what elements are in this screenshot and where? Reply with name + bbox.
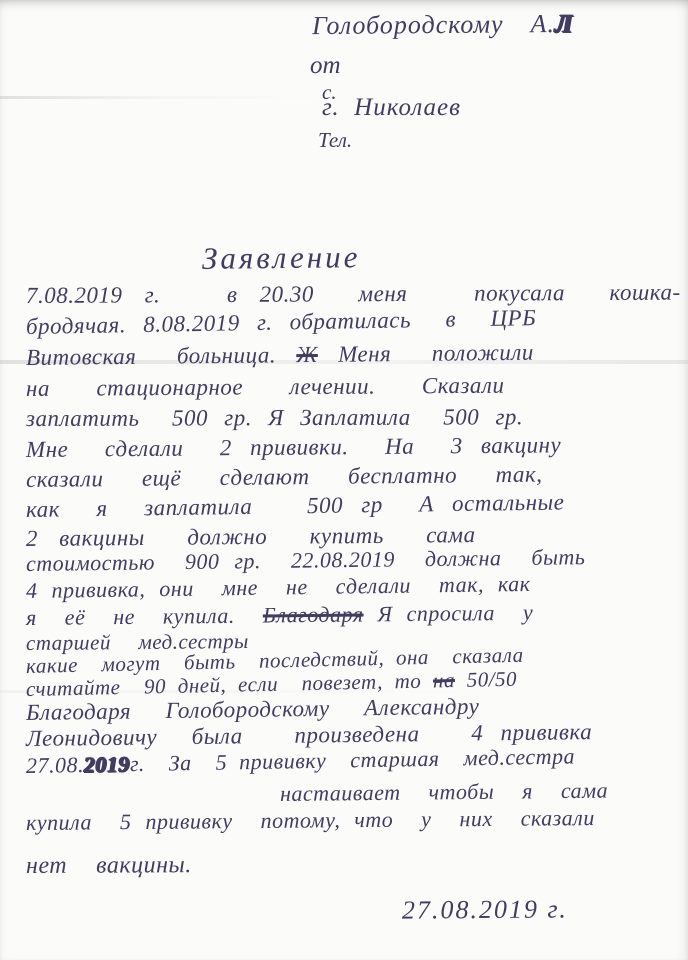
- line-text: 4 прививка, они мне не сделали так, как: [26, 571, 531, 603]
- addressee-name: Голобородскому А.: [312, 9, 555, 40]
- line-text: заплатить 500 гр. Я Заплатила 500 гр.: [26, 404, 523, 431]
- line-text: Я спросила у: [363, 600, 533, 627]
- body-line-7: сказали ещё сделают бесплатно так,: [26, 462, 543, 494]
- signature-date: 27.08.2019 г.: [402, 894, 568, 925]
- body-line-3: Витовская больница. Ж Меня положили: [26, 340, 534, 372]
- line-text: нет вакцины.: [26, 852, 192, 879]
- document-page: Голобородскому А.Л от с. г. Николаев Тел…: [0, 0, 688, 960]
- line-text: купила 5 прививку потому, что у них сказ…: [26, 805, 595, 835]
- line-text: 7.08.2019 г. в 20.30 меня покусала кошка…: [26, 280, 681, 308]
- body-line-8: как я заплатила 500 гр А остальные: [26, 489, 565, 523]
- line-text: 27.08.: [26, 752, 84, 778]
- from-label: от: [310, 52, 341, 81]
- phone-label: Тел.: [318, 128, 352, 152]
- line-text: Витовская больница.: [26, 342, 297, 370]
- paper-crease: [0, 96, 320, 99]
- line-text: Меня положили: [318, 340, 534, 367]
- struck-word: на: [433, 668, 455, 692]
- line-text: как я заплатила 500 гр А остальные: [26, 489, 565, 522]
- line-text: 50/50: [455, 667, 518, 692]
- line-text: бродячая. 8.08.2019 г. обратилась в ЦРБ: [26, 305, 537, 339]
- addressee-line: Голобородскому А.Л: [312, 9, 574, 41]
- line-text: Мне сделали 2 прививки. На 3 вакцину: [26, 432, 561, 462]
- addressee-initial-blot: Л: [555, 9, 574, 38]
- line-text: настаивает чтобы я сама: [280, 778, 608, 806]
- body-line-1: 7.08.2019 г. в 20.30 меня покусала кошка…: [26, 280, 681, 310]
- body-line-12: я её не купила. Благодаря Я спросила у: [26, 600, 533, 631]
- document-title: Заявление: [202, 239, 361, 276]
- body-line-5: заплатить 500 гр. Я Заплатила 500 гр.: [26, 404, 523, 432]
- body-line-4: на стационарное лечении. Сказали: [26, 373, 505, 403]
- line-text: я её не купила.: [26, 603, 263, 630]
- body-line-21: нет вакцины.: [26, 852, 192, 880]
- body-line-19: настаивает чтобы я сама: [280, 778, 608, 807]
- city-line: г. Николаев: [322, 94, 461, 123]
- body-line-11: 4 прививка, они мне не сделали так, как: [26, 571, 531, 603]
- line-text: на стационарное лечении. Сказали: [26, 373, 505, 401]
- overwritten-year: 2019: [84, 751, 130, 777]
- body-line-20: купила 5 прививку потому, что у них сказ…: [26, 805, 595, 835]
- struck-word: Благодаря: [263, 601, 364, 627]
- struck-letter: Ж: [296, 342, 318, 367]
- body-line-2: бродячая. 8.08.2019 г. обратилась в ЦРБ: [26, 305, 537, 340]
- body-line-6: Мне сделали 2 прививки. На 3 вакцину: [26, 432, 561, 463]
- line-text: сказали ещё сделают бесплатно так,: [26, 462, 543, 492]
